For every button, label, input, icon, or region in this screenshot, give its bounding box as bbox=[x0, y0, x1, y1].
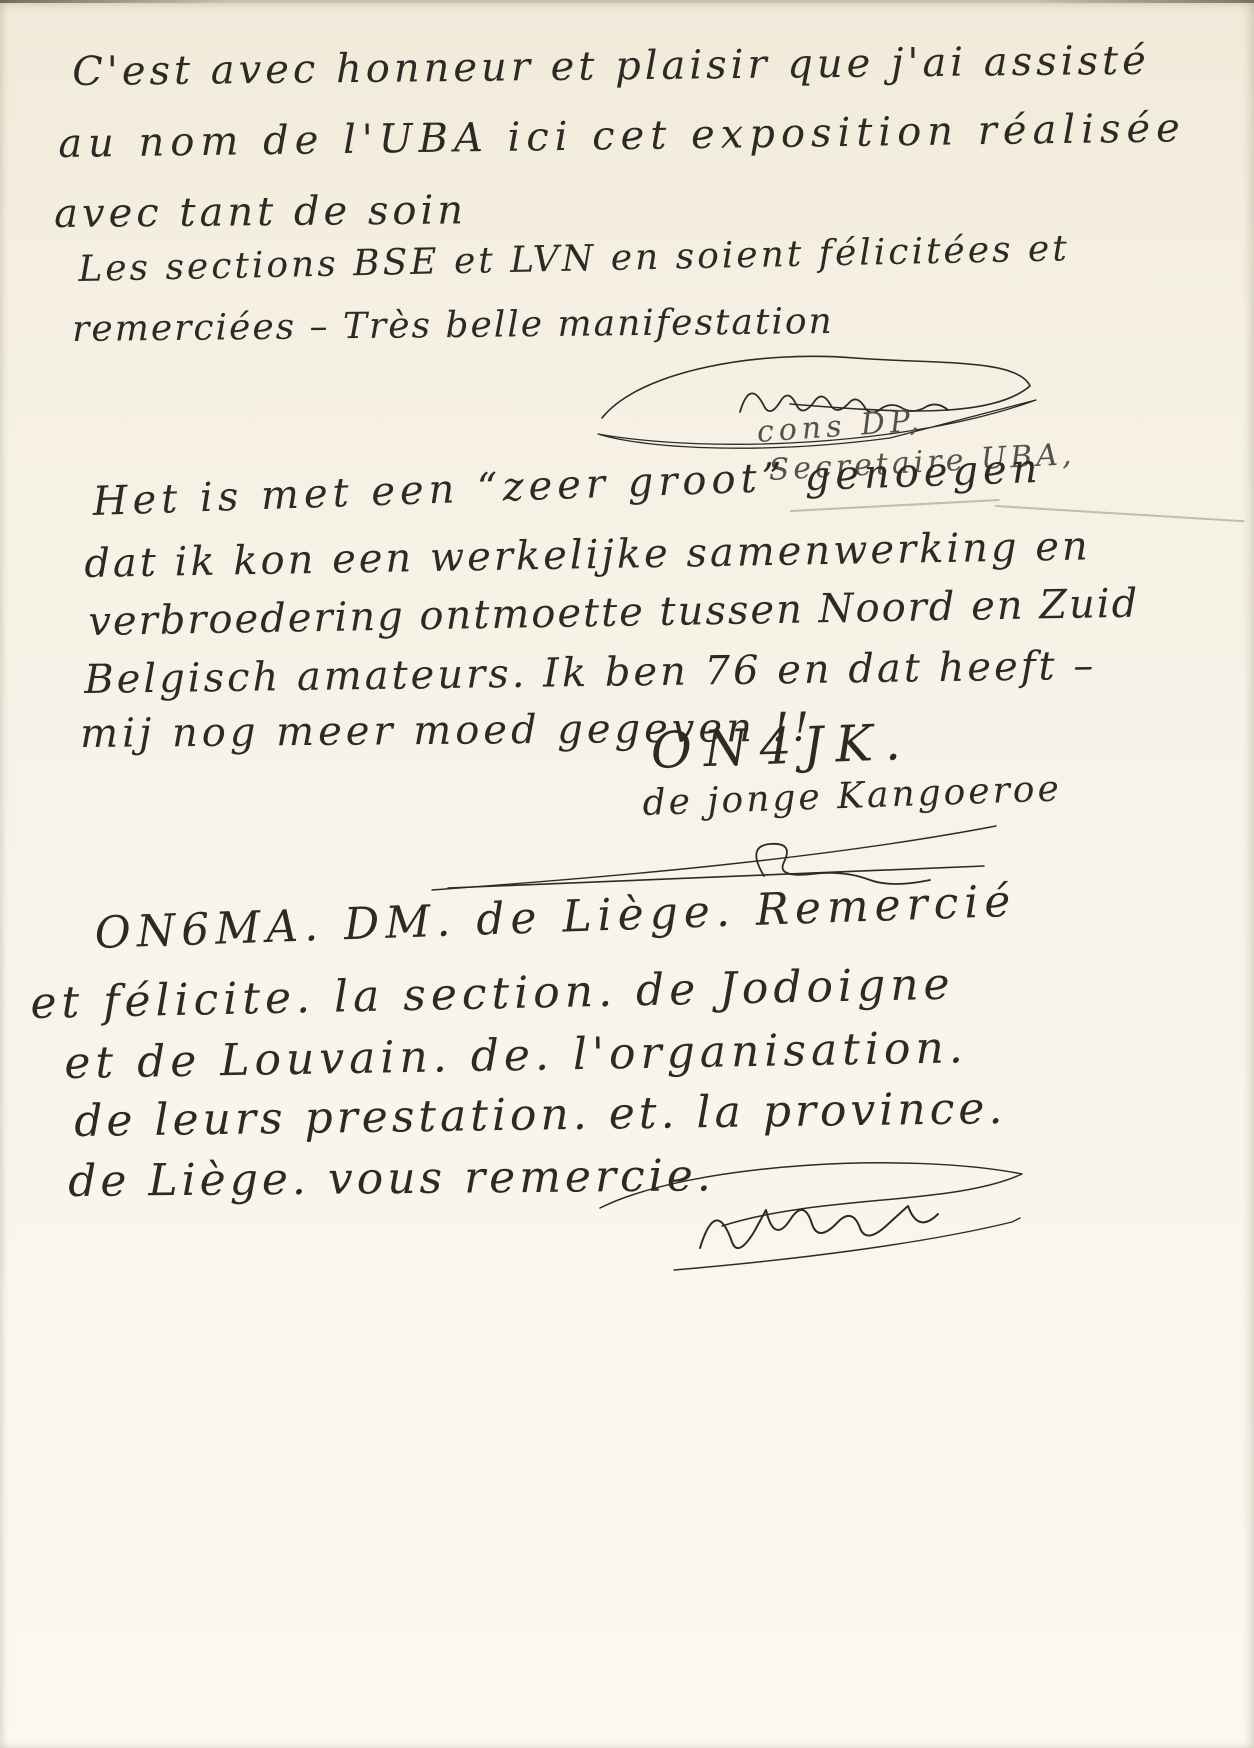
entry1-line1: C'est avec honneur et plaisir que j'ai a… bbox=[72, 41, 1150, 92]
pencil-stroke bbox=[995, 505, 1245, 522]
pencil-stroke bbox=[790, 499, 1000, 512]
entry2-line1: Het is met een “zeer groot” genoegen bbox=[92, 449, 1043, 522]
entry2-signoff-name: de jonge Kangoeroe bbox=[642, 771, 1062, 822]
entry2-line2: dat ik kon een werkelijke samenwerking e… bbox=[84, 526, 1091, 584]
entry2-line4: Belgisch amateurs. Ik ben 76 en dat heef… bbox=[84, 646, 1097, 700]
entry2-callsign: ON4JK. bbox=[650, 717, 913, 776]
entry2-line3: verbroedering ontmoette tussen Noord en … bbox=[88, 584, 1140, 642]
entry1-line3: avec tant de soin bbox=[54, 190, 467, 234]
signature-flourish-entry3 bbox=[582, 1148, 1042, 1293]
entry3-line2: et félicite. la section. de Jodoigne bbox=[30, 963, 955, 1026]
guestbook-page: C'est avec honneur et plaisir que j'ai a… bbox=[0, 0, 1254, 1748]
scan-edge-shadow bbox=[0, 0, 1254, 3]
entry3-line4: de leurs prestation. et. la province. bbox=[74, 1087, 1007, 1144]
entry1-line2: au nom de l'UBA ici cet exposition réali… bbox=[58, 108, 1186, 164]
entry3-line1: ON6MA. DM. de Liège. Remercié bbox=[94, 880, 1017, 956]
entry3-line3: et de Louvain. de. l'organisation. bbox=[64, 1026, 968, 1086]
entry1-line4: Les sections BSE et LVN en soient félici… bbox=[78, 231, 1070, 288]
